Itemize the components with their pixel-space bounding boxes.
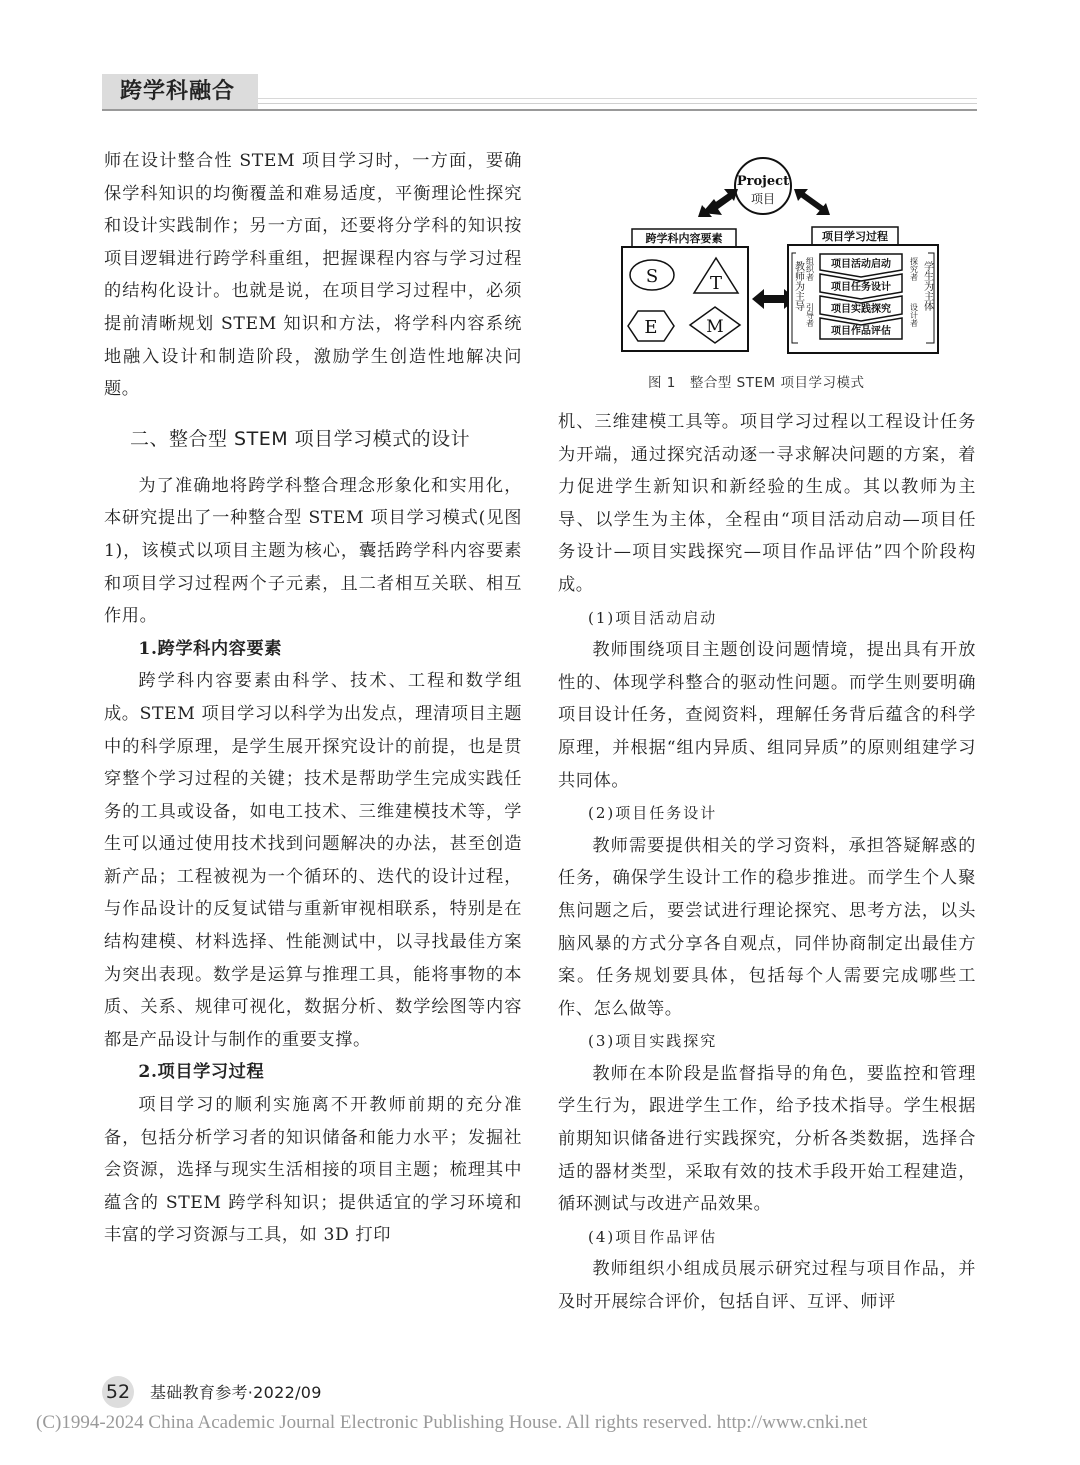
svg-text:探究者: 探究者: [910, 256, 919, 282]
paragraph: 为了准确地将跨学科整合理念形象化和实用化，本研究提出了一种整合型 STEM 项目…: [104, 470, 522, 633]
subsection-heading: 2.项目学习过程: [104, 1056, 522, 1089]
svg-text:项目任务设计: 项目任务设计: [831, 280, 891, 293]
paragraph: 教师组织小组成员展示研究过程与项目作品，并及时开展综合评价，包括自评、互评、师评: [558, 1253, 976, 1318]
step-heading: (4)项目作品评估: [558, 1221, 976, 1254]
paragraph: 跨学科内容要素由科学、技术、工程和数学组成。STEM 项目学习以科学为出发点，理…: [104, 665, 522, 1056]
svg-text:项目学习过程: 项目学习过程: [822, 229, 888, 243]
svg-text:引导者: 引导者: [806, 302, 815, 328]
svg-text:设计者: 设计者: [910, 303, 919, 328]
right-column: 机、三维建模工具等。项目学习过程以工程设计任务为开端，通过探究活动逐一寻求解决问…: [558, 406, 976, 1319]
paragraph: 教师围绕项目主题创设问题情境，提出具有开放性的、体现学科整合的驱动性问题。而学生…: [558, 634, 976, 797]
paragraph: 师在设计整合性 STEM 项目学习时，一方面，要确保学科知识的均衡覆盖和难易适度…: [104, 145, 522, 406]
paragraph: 项目学习的顺利实施离不开教师前期的充分准备，包括分析学习者的知识储备和能力水平；…: [104, 1089, 522, 1252]
svg-text:Project: Project: [737, 174, 789, 189]
paragraph: 教师在本阶段是监督指导的角色，要监控和管理学生行为，跟进学生工作，给予技术指导。…: [558, 1058, 976, 1221]
figure-caption: 图 1 整合型 STEM 项目学习模式: [648, 371, 908, 391]
svg-text:跨学科内容要素: 跨学科内容要素: [646, 231, 723, 245]
step-heading: (1)项目活动启动: [558, 602, 976, 635]
svg-text:M: M: [706, 317, 723, 337]
svg-text:组织者: 组织者: [805, 257, 815, 282]
svg-text:教师为主导: 教师为主导: [793, 260, 805, 311]
step-heading: (3)项目实践探究: [558, 1025, 976, 1058]
svg-text:E: E: [644, 317, 657, 338]
svg-text:项目: 项目: [751, 192, 775, 206]
svg-text:项目实践探究: 项目实践探究: [831, 302, 891, 315]
stem-model-diagram: Project 项目 跨学科内容要素 S T E M: [620, 153, 940, 373]
svg-text:学生为主体: 学生为主体: [922, 260, 934, 312]
svg-text:S: S: [646, 266, 658, 287]
step-heading: (2)项目任务设计: [558, 797, 976, 830]
journal-info: 基础教育参考·2022/09: [150, 1380, 322, 1403]
subsection-heading: 1.跨学科内容要素: [104, 633, 522, 666]
left-column: 师在设计整合性 STEM 项目学习时，一方面，要确保学科知识的均衡覆盖和难易适度…: [104, 145, 522, 1252]
svg-text:T: T: [710, 273, 722, 294]
header-rule: [258, 98, 977, 99]
svg-text:项目作品评估: 项目作品评估: [831, 324, 891, 337]
page-number: 52: [102, 1376, 134, 1408]
figure-stem-model: Project 项目 跨学科内容要素 S T E M: [620, 153, 940, 393]
paragraph: 机、三维建模工具等。项目学习过程以工程设计任务为开端，通过探究活动逐一寻求解决问…: [558, 406, 976, 602]
paragraph: 教师需要提供相关的学习资料，承担答疑解惑的任务，确保学生设计工作的稳步推进。而学…: [558, 830, 976, 1026]
section-tab: 跨学科融合: [102, 74, 258, 110]
section-heading: 二、整合型 STEM 项目学习模式的设计: [130, 422, 522, 456]
svg-text:项目活动启动: 项目活动启动: [831, 257, 891, 270]
header-rule: [102, 109, 977, 111]
header-rule: [258, 103, 977, 104]
copyright-notice: (C)1994-2024 China Academic Journal Elec…: [36, 1412, 867, 1434]
